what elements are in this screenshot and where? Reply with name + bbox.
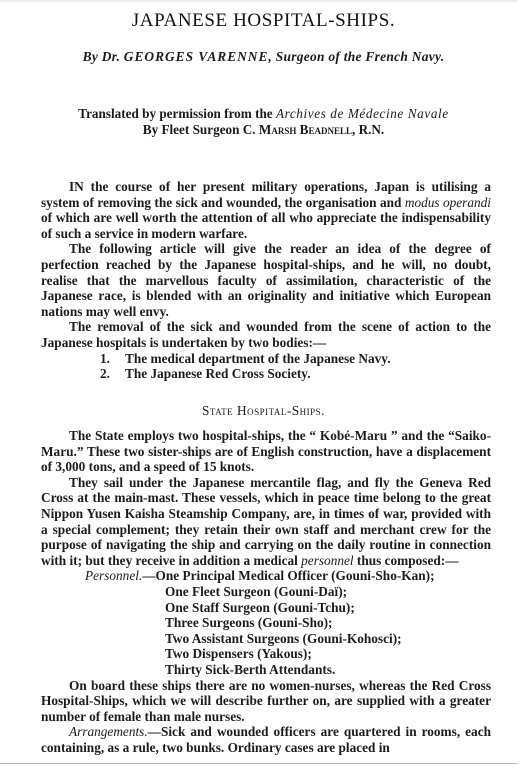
paragraph-italic: personnel [301, 553, 353, 568]
paragraph-following-article: The following article will give the read… [41, 241, 491, 319]
translation-text: Translated by permission from the [78, 106, 276, 121]
byline-suffix: , Surgeon of the French Navy. [268, 49, 444, 64]
paragraph-sail-under: They sail under the Japanese mercantile … [41, 475, 491, 569]
personnel-item: One Staff Surgeon (Gouni-Tchu); [41, 600, 491, 616]
personnel-item: Two Dispensers (Yakous); [41, 646, 491, 662]
personnel-item: One Fleet Surgeon (Gouni-Daï); [41, 584, 491, 600]
bodies-list: 1. The medical department of the Japanes… [41, 351, 491, 382]
translation-line-2: By Fleet Surgeon C. Marsh Beadnell, R.N. [0, 122, 527, 138]
personnel-label: Personnel. [85, 568, 142, 583]
personnel-item: Two Assistant Surgeons (Gouni-Kohosci); [41, 631, 491, 647]
author-byline: By Dr. GEORGES VARENNE, Surgeon of the F… [0, 49, 527, 65]
translator-prefix: By Fleet Surgeon C. [143, 122, 259, 137]
personnel-lead: Personnel.—One Principal Medical Officer… [41, 568, 491, 584]
intro-section: IN the course of her present military op… [41, 179, 491, 382]
list-text: The medical department of the Japanese N… [125, 351, 391, 367]
page-top-shadow [0, 0, 517, 3]
section-heading: State Hospital-Ships. [0, 403, 527, 419]
translator-suffix: , R.N. [352, 122, 384, 137]
byline-author: GEORGES VARENNE [124, 49, 269, 64]
list-item: 2. The Japanese Red Cross Society. [41, 366, 491, 382]
paragraph-arrangements: Arrangements.—Sick and wounded officers … [41, 724, 491, 755]
personnel-list: Personnel.—One Principal Medical Officer… [41, 568, 491, 677]
personnel-lead-text: —One Principal Medical Officer (Gouni-Sh… [142, 568, 434, 583]
personnel-item: Three Surgeons (Gouni-Sho); [41, 615, 491, 631]
article-title: JAPANESE HOSPITAL-SHIPS. [0, 10, 527, 32]
list-item: 1. The medical department of the Japanes… [41, 351, 491, 367]
list-text: The Japanese Red Cross Society. [125, 366, 311, 382]
translation-line-1: Translated by permission from the Archiv… [0, 106, 527, 122]
paragraph-removal: The removal of the sick and wounded from… [41, 319, 491, 350]
translation-note: Translated by permission from the Archiv… [0, 106, 527, 138]
state-ships-section: The State employs two hospital-ships, th… [41, 428, 491, 755]
paragraph-italic: modus operandi [405, 195, 491, 210]
paragraph-text: of which are well worth the attention of… [41, 210, 491, 241]
paragraph-text: thus composed:— [354, 553, 459, 568]
document-page: JAPANESE HOSPITAL-SHIPS. By Dr. GEORGES … [0, 0, 517, 764]
paragraph-state-employs: The State employs two hospital-ships, th… [41, 428, 491, 475]
personnel-item: Thirty Sick-Berth Attendants. [41, 662, 491, 678]
list-number: 1. [41, 351, 125, 367]
byline-prefix: By Dr. [83, 49, 124, 64]
arrangements-label: Arrangements. [69, 724, 148, 739]
paragraph-intro: IN the course of her present military op… [41, 179, 491, 241]
translation-source: Archives de Médecine Navale [276, 106, 449, 121]
list-number: 2. [41, 366, 125, 382]
paragraph-on-board: On board these ships there are no women-… [41, 678, 491, 725]
translator-name: Marsh Beadnell [259, 122, 352, 137]
